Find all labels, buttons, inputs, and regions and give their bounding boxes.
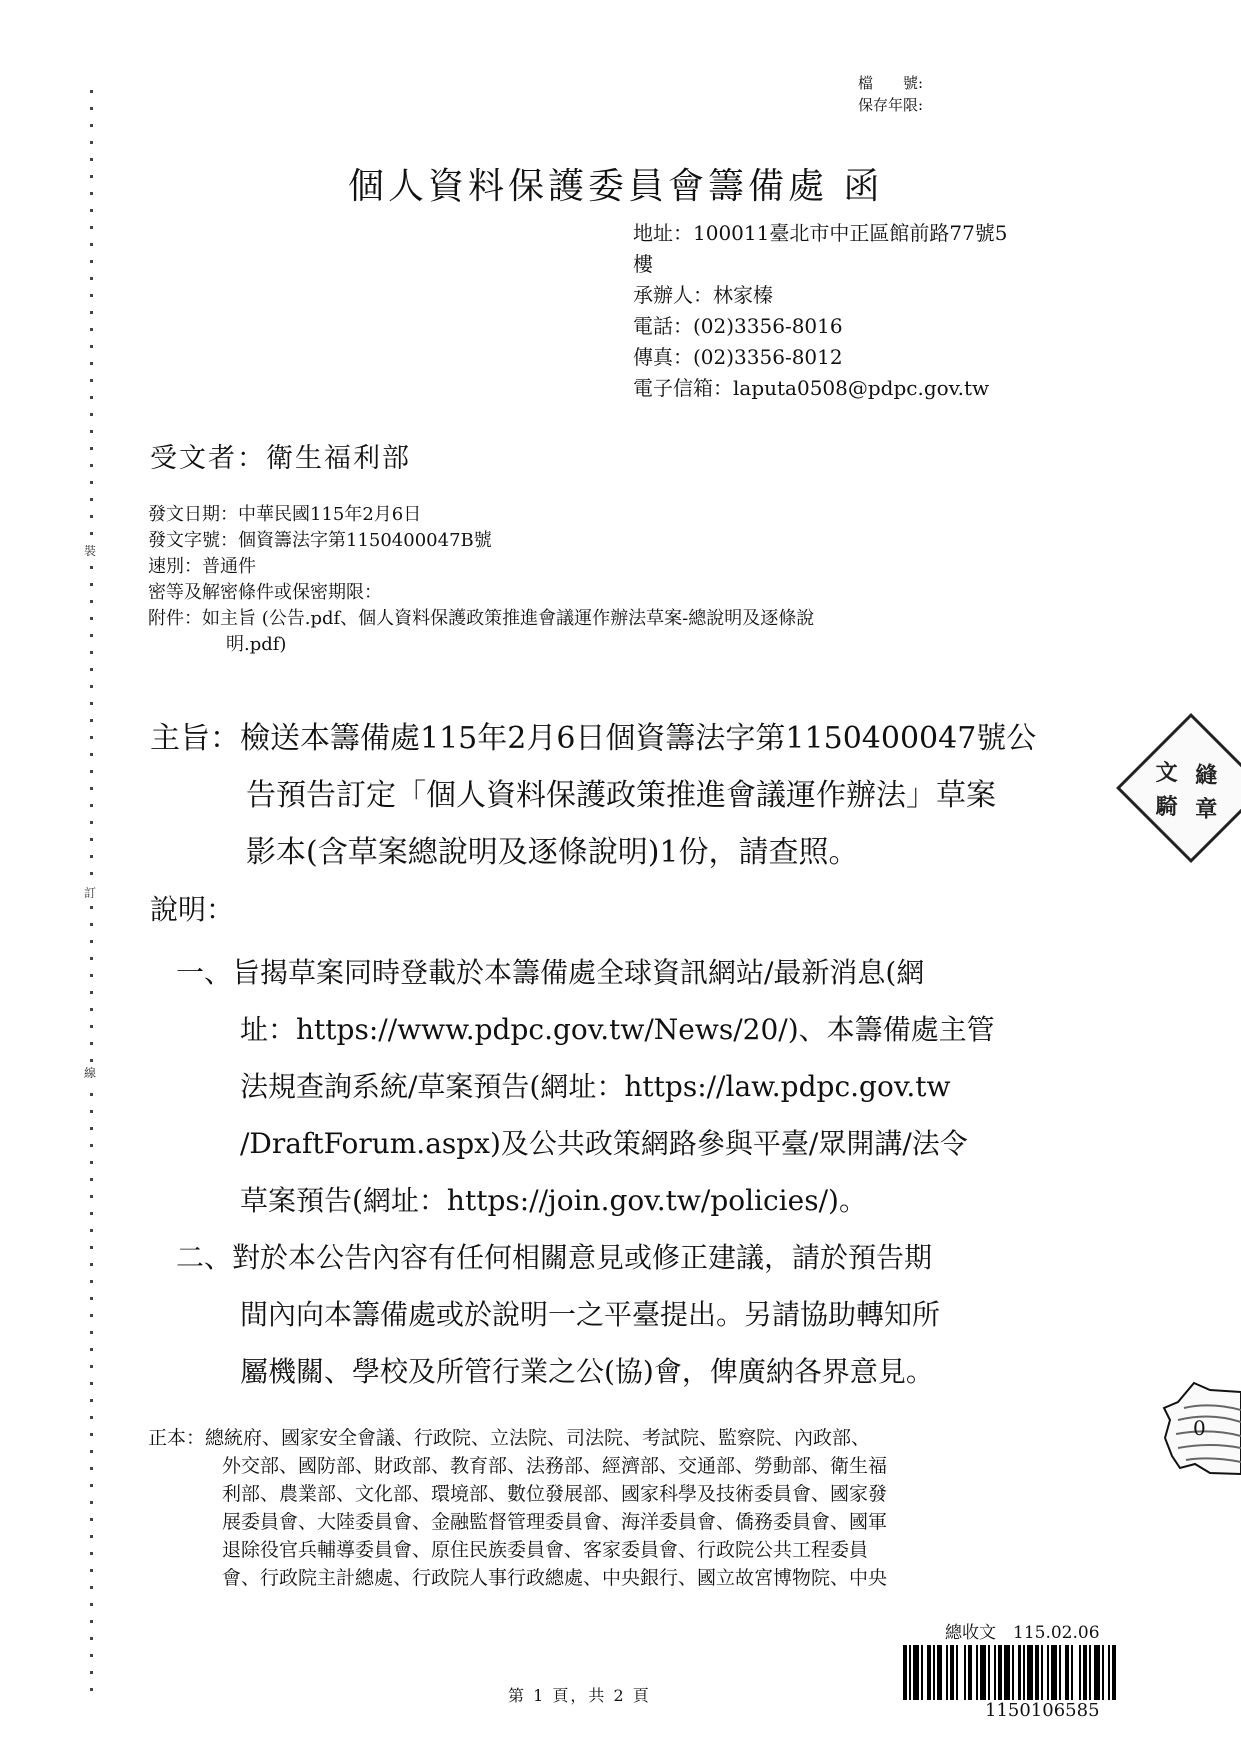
seal-char: 縫: [1195, 759, 1217, 790]
explanation-line: 草案預告(網址：https://join.gov.tw/policies/)。: [176, 1172, 995, 1229]
binding-dot: [90, 1212, 93, 1215]
email: 電子信箱：laputa0508@pdpc.gov.tw: [633, 373, 1093, 404]
binding-dot: [90, 974, 93, 977]
page-number: 第 1 頁，共 2 頁: [508, 1683, 651, 1706]
recipients-line: 利部、農業部、文化部、環境部、數位發展部、國家科學及技術委員會、國家發: [148, 1480, 1108, 1508]
copy-recipients: 正本：總統府、國家安全會議、行政院、立法院、司法院、考試院、監察院、內政部、 外…: [148, 1424, 1108, 1592]
subject-line: 主旨：檢送本籌備處115年2月6日個資籌法字第1150400047號公: [150, 710, 1036, 767]
recipients-line: 會、行政院主計總處、行政院人事行政總處、中央銀行、國立故宮博物院、中央: [148, 1564, 1108, 1592]
page-seal-icon: 0: [1160, 1378, 1241, 1478]
binding-dot: [90, 770, 93, 773]
binding-dot: [90, 1008, 93, 1011]
binding-dot: [90, 838, 93, 841]
explanation-line: 址：https://www.pdpc.gov.tw/News/20/)、本籌備處…: [176, 1001, 995, 1058]
binding-dot: [90, 1484, 93, 1487]
binding-mark: 線: [84, 1064, 96, 1081]
binding-dot: [90, 1042, 93, 1045]
binding-dot: [90, 957, 93, 960]
classification: 密等及解密條件或保密期限：: [148, 580, 814, 606]
binding-dot: [90, 243, 93, 246]
document-number: 發文字號：個資籌法字第1150400047B號: [148, 528, 814, 554]
binding-dot: [90, 1620, 93, 1623]
binding-dot: [90, 821, 93, 824]
recipients-line: 外交部、國防部、財政部、教育部、法務部、經濟部、交通部、勞動部、衛生福: [148, 1452, 1108, 1480]
binding-dot: [90, 1280, 93, 1283]
binding-dot: [90, 1382, 93, 1385]
binding-dot: [90, 1586, 93, 1589]
binding-dot: [90, 1195, 93, 1198]
binding-dot: [90, 1552, 93, 1555]
binding-dot: [90, 141, 93, 144]
subject-line: 影本(含草案總說明及逐條說明)1份，請查照。: [150, 824, 1036, 881]
binding-dot: [90, 277, 93, 280]
attachment: 附件：如主旨 (公告.pdf、個人資料保護政策推進會議運作辦法草案-總說明及逐條…: [148, 606, 814, 632]
explanation-line: 間內向本籌備處或於說明一之平臺提出。另請協助轉知所: [176, 1286, 995, 1343]
explanation-line: 屬機關、學校及所管行業之公(協)會，俾廣納各界意見。: [176, 1343, 995, 1400]
binding-dot: [90, 1467, 93, 1470]
binding-dot: [90, 600, 93, 603]
binding-dot: [90, 1178, 93, 1181]
binding-dot: [90, 1688, 93, 1691]
binding-dot: [90, 362, 93, 365]
binding-dot: [90, 566, 93, 569]
binding-dot: [90, 379, 93, 382]
binding-dot: [90, 787, 93, 790]
binding-dot: [90, 1110, 93, 1113]
binding-dot: [90, 1348, 93, 1351]
file-meta: 檔 號: 保存年限:: [858, 72, 923, 116]
binding-dot: [90, 668, 93, 671]
recipients-line: 退除役官兵輔導委員會、原住民族委員會、客家委員會、行政院公共工程委員: [148, 1536, 1108, 1564]
binding-dot: [90, 991, 93, 994]
explanation-body: 一、旨揭草案同時登載於本籌備處全球資訊網站/最新消息(網 址：https://w…: [176, 944, 995, 1400]
binding-dot: [90, 430, 93, 433]
phone: 電話：(02)3356-8016: [633, 311, 1093, 342]
binding-dot: [90, 1246, 93, 1249]
file-number-label: 檔 號:: [858, 72, 923, 94]
explanation-line: /DraftForum.aspx)及公共政策網路參與平臺/眾開講/法令: [176, 1115, 995, 1172]
receipt-stamp: 總收文 115.02.06: [945, 1618, 1100, 1643]
attachment-cont: 明.pdf): [148, 632, 814, 658]
binding-dot: [90, 1161, 93, 1164]
seal-char: 文: [1156, 756, 1178, 787]
binding-dot: [90, 464, 93, 467]
fax: 傳真：(02)3356-8012: [633, 342, 1093, 373]
binding-dot: [90, 923, 93, 926]
binding-dot: [90, 583, 93, 586]
explanation-item-2: 二、對於本公告內容有任何相關意見或修正建議，請於預告期: [176, 1229, 995, 1286]
seal-char: 章: [1195, 793, 1217, 824]
binding-mark: 裝: [84, 542, 96, 559]
binding-dot: [90, 906, 93, 909]
binding-dot: [90, 413, 93, 416]
binding-dot: [90, 736, 93, 739]
binding-mark: 訂: [84, 884, 96, 901]
priority: 速別：普通件: [148, 554, 814, 580]
binding-dot: [90, 685, 93, 688]
explanation-item-1: 一、旨揭草案同時登載於本籌備處全球資訊網站/最新消息(網: [176, 944, 995, 1001]
binding-dot: [90, 1093, 93, 1096]
binding-dot: [90, 532, 93, 535]
handler: 承辦人：林家榛: [633, 280, 1093, 311]
binding-dot: [90, 209, 93, 212]
address: 地址：100011臺北市中正區館前路77號5: [633, 218, 1093, 249]
binding-dot: [90, 226, 93, 229]
binding-dot: [90, 345, 93, 348]
binding-dot: [90, 1314, 93, 1317]
binding-dot: [90, 124, 93, 127]
binding-dot: [90, 634, 93, 637]
barcode-number: 1150106585: [985, 1700, 1100, 1721]
binding-margin: 裝訂線: [86, 90, 106, 1690]
seam-seal-icon: 文 騎 縫 章: [1116, 713, 1241, 863]
subject: 主旨：檢送本籌備處115年2月6日個資籌法字第1150400047號公 告預告訂…: [150, 710, 1036, 881]
retention-label: 保存年限:: [858, 94, 923, 116]
binding-dot: [90, 1637, 93, 1640]
binding-dot: [90, 328, 93, 331]
explanation-line: 法規查詢系統/草案預告(網址：https://law.pdpc.gov.tw: [176, 1058, 995, 1115]
binding-dot: [90, 1365, 93, 1368]
binding-dot: [90, 872, 93, 875]
binding-dot: [90, 396, 93, 399]
binding-dot: [90, 311, 93, 314]
binding-dot: [90, 1569, 93, 1572]
recipients-line: 展委員會、大陸委員會、金融監督管理委員會、海洋委員會、僑務委員會、國軍: [148, 1508, 1108, 1536]
binding-dot: [90, 1603, 93, 1606]
binding-dot: [90, 651, 93, 654]
binding-dot: [90, 294, 93, 297]
binding-dot: [90, 617, 93, 620]
binding-dot: [90, 175, 93, 178]
binding-dot: [90, 1144, 93, 1147]
issue-date: 發文日期：中華民國115年2月6日: [148, 502, 814, 528]
binding-dot: [90, 1025, 93, 1028]
explanation-label: 說明：: [150, 888, 234, 928]
binding-dot: [90, 855, 93, 858]
binding-dot: [90, 1535, 93, 1538]
binding-dot: [90, 1518, 93, 1521]
binding-dot: [90, 1331, 93, 1334]
binding-dot: [90, 940, 93, 943]
binding-dot: [90, 192, 93, 195]
binding-dot: [90, 1263, 93, 1266]
address-cont: 樓: [633, 249, 1093, 280]
binding-dot: [90, 1450, 93, 1453]
barcode: [903, 1645, 1119, 1700]
binding-dot: [90, 1671, 93, 1674]
seal-digit: 0: [1193, 1416, 1206, 1440]
binding-dot: [90, 1501, 93, 1504]
binding-dot: [90, 753, 93, 756]
binding-dot: [90, 804, 93, 807]
recipient: 受文者：衛生福利部: [150, 436, 411, 475]
seal-char: 騎: [1156, 790, 1178, 821]
binding-dot: [90, 1229, 93, 1232]
binding-dot: [90, 1127, 93, 1130]
binding-dot: [90, 1399, 93, 1402]
contact-block: 地址：100011臺北市中正區館前路77號5 樓 承辦人：林家榛 電話：(02)…: [633, 218, 1093, 404]
document-info: 發文日期：中華民國115年2月6日 發文字號：個資籌法字第1150400047B…: [148, 502, 814, 658]
binding-dot: [90, 1416, 93, 1419]
binding-dot: [90, 719, 93, 722]
binding-dot: [90, 1654, 93, 1657]
binding-dot: [90, 515, 93, 518]
binding-dot: [90, 498, 93, 501]
recipients-line: 正本：總統府、國家安全會議、行政院、立法院、司法院、考試院、監察院、內政部、: [148, 1424, 1108, 1452]
binding-dot: [90, 702, 93, 705]
subject-line: 告預告訂定「個人資料保護政策推進會議運作辦法」草案: [150, 767, 1036, 824]
binding-dot: [90, 158, 93, 161]
binding-dot: [90, 1297, 93, 1300]
binding-dot: [90, 1433, 93, 1436]
binding-dot: [90, 90, 93, 93]
document-title: 個人資料保護委員會籌備處 函: [348, 158, 883, 209]
binding-dot: [90, 107, 93, 110]
binding-dot: [90, 447, 93, 450]
binding-dot: [90, 260, 93, 263]
binding-dot: [90, 481, 93, 484]
binding-dot: [90, 1059, 93, 1062]
